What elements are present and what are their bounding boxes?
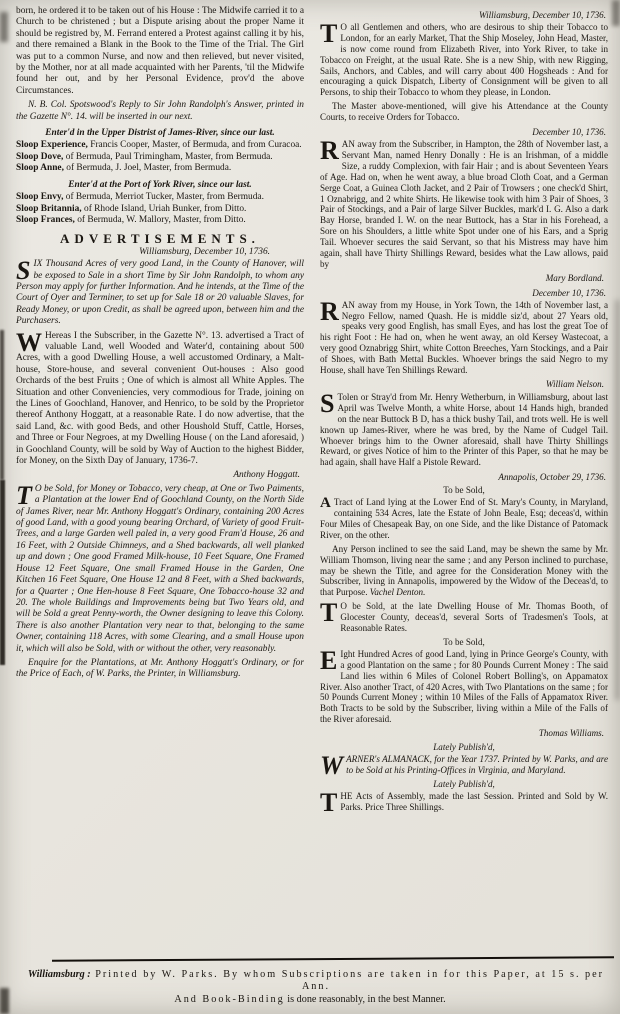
ad-runaway-donally: RAN away from the Subscriber, in Hampton… — [320, 139, 608, 270]
ship-name: Sloop Dove, — [16, 152, 63, 162]
ad-ship-moseley: TO all Gentlemen and others, who are des… — [320, 22, 608, 98]
advertisements-heading: ADVERTISEMENTS. — [16, 233, 304, 244]
dropcap: T — [320, 791, 340, 813]
dateline: Williamsburg, December 10, 1736. — [320, 10, 606, 21]
ad-text: AN away from the Subscriber, in Hampton,… — [320, 139, 608, 269]
entries-james-heading: Enter'd in the Upper Distrist of James-R… — [16, 128, 304, 139]
lately-publishd-heading: Lately Publish'd, — [320, 779, 608, 790]
ad-text: O all Gentlemen and others, who are desi… — [320, 22, 608, 97]
imprint-place: Williamsburg : — [28, 969, 91, 980]
entries-york-heading: Enter'd at the Port of York River, since… — [16, 180, 304, 191]
ship-entry: Sloop Britannia, of Rhode Island, Uriah … — [16, 204, 304, 215]
ship-entry: Sloop Envy, of Bermuda, Merriot Tucker, … — [16, 192, 304, 203]
ad-whereas-subscriber: WHereas I the Subscriber, in the Gazette… — [16, 331, 304, 468]
paragraph-continuation: born, he ordered it to be taken out of h… — [16, 6, 304, 97]
newspaper-page: born, he ordered it to be taken out of h… — [0, 0, 620, 1014]
to-be-sold-heading: To be Sold, — [320, 637, 608, 648]
dateline: December 10, 1736. — [320, 127, 606, 138]
nb-note: N. B. Col. Spotswood's Reply to Sir John… — [16, 100, 304, 123]
ship-name: Sloop Frances, — [16, 215, 75, 225]
imprint-text: is done reasonably, in the best Manner. — [285, 994, 446, 1005]
imprint-line-2: And Book-Binding is done reasonably, in … — [0, 994, 620, 1005]
dropcap: R — [320, 139, 342, 161]
ad-warners-almanack: WARNER's ALMANACK, for the Year 1737. Pr… — [320, 754, 608, 776]
ship-entry: Sloop Experience, Francis Cooper, Master… — [16, 140, 304, 151]
dropcap: T — [320, 601, 340, 623]
signature-williams: Thomas Williams. — [320, 728, 604, 739]
scan-artifact — [0, 480, 5, 665]
ship-name: Sloop Anne, — [16, 163, 64, 173]
right-column: Williamsburg, December 10, 1736. TO all … — [320, 6, 608, 962]
dropcap: E — [320, 649, 340, 671]
ship-entry: Sloop Frances, of Bermuda, W. Mallory, M… — [16, 215, 304, 226]
scan-artifact — [615, 300, 620, 700]
ad-plantation-sale: TO be Sold, for Money or Tobacco, very c… — [16, 484, 304, 655]
ship-name: Sloop Envy, — [16, 192, 63, 202]
ship-detail: of Bermuda, J. Joel, Master, from Bermud… — [64, 163, 231, 173]
ship-detail: of Bermuda, Merriot Tucker, Master, from… — [63, 192, 264, 202]
scan-artifact — [612, 0, 620, 26]
ad-ship-followup: The Master above-mentioned, will give hi… — [320, 101, 608, 123]
ad-six-thousand-acres: SIX Thousand Acres of very good Land, in… — [16, 259, 304, 327]
dateline: Annapolis, October 29, 1736. — [320, 472, 606, 483]
to-be-sold-heading: To be Sold, — [320, 485, 608, 496]
imprint-bookbinding: And Book-Binding — [174, 994, 284, 1005]
ship-entry: Sloop Anne, of Bermuda, J. Joel, Master,… — [16, 163, 304, 174]
enquire-note: Enquire for the Plantations, at Mr. Anth… — [16, 658, 304, 681]
dropcap: S — [320, 392, 337, 414]
signature-hoggatt: Anthony Hoggatt. — [16, 470, 300, 481]
ship-detail: of Rhode Island, Uriah Bunker, from Ditt… — [82, 204, 247, 214]
dropcap: R — [320, 300, 342, 322]
dropcap: S — [16, 259, 33, 281]
ship-entry: Sloop Dove, of Bermuda, Paul Trimingham,… — [16, 152, 304, 163]
ad-stolen-horse: STolen or Stray'd from Mr. Henry Wetherb… — [320, 392, 608, 468]
dateline: Williamsburg, December 10, 1736. — [16, 247, 270, 258]
ship-detail: of Bermuda, W. Mallory, Master, from Dit… — [75, 215, 246, 225]
ad-eight-hundred-acres: EIght Hundred Acres of good Land, lying … — [320, 649, 608, 725]
dateline: December 10, 1736. — [320, 288, 606, 299]
ad-text: Ight Hundred Acres of good Land, lying i… — [320, 649, 608, 724]
ship-name: Sloop Experience, — [16, 140, 88, 150]
ad-tract-maryland: ATract of Land lying at the Lower End of… — [320, 497, 608, 541]
footer-rule — [52, 956, 614, 961]
ad-tract-followup: Any Person inclined to see the said Land… — [320, 544, 608, 599]
signature-bordland: Mary Bordland. — [320, 273, 604, 284]
ship-detail: of Bermuda, Paul Trimingham, Master, fro… — [63, 152, 272, 162]
ad-text: Tolen or Stray'd from Mr. Henry Wetherbu… — [320, 392, 608, 467]
imprint-text: Printed by W. Parks. By whom Subscriptio… — [91, 969, 604, 992]
ad-text: ARNER's ALMANACK, for the Year 1737. Pri… — [346, 754, 608, 775]
ad-text: HE Acts of Assembly, made the last Sessi… — [340, 791, 608, 812]
ad-text: O be Sold, for Money or Tobacco, very ch… — [16, 484, 304, 654]
ad-text: Any Person inclined to see the said Land… — [320, 544, 608, 598]
dropcap: T — [16, 484, 35, 506]
scan-artifact — [0, 330, 4, 480]
scan-artifact — [0, 12, 8, 42]
ad-acts-of-assembly: THE Acts of Assembly, made the last Sess… — [320, 791, 608, 813]
imprint-line-1: Williamsburg : Printed by W. Parks. By w… — [22, 969, 610, 993]
signature-denton: Vachel Denton. — [370, 587, 426, 597]
dropcap: W — [16, 331, 45, 353]
ad-text: O be Sold, at the late Dwelling House of… — [340, 601, 608, 633]
imprint-footer: Williamsburg : Printed by W. Parks. By w… — [0, 958, 620, 1005]
lately-publishd-heading: Lately Publish'd, — [320, 742, 608, 753]
ad-tradesmen-tools: TO be Sold, at the late Dwelling House o… — [320, 601, 608, 634]
left-column: born, he ordered it to be taken out of h… — [16, 6, 304, 958]
dropcap: A — [320, 497, 334, 510]
signature-nelson: William Nelson. — [320, 379, 604, 390]
ad-text: Tract of Land lying at the Lower End of … — [320, 497, 608, 540]
ad-text: Hereas I the Subscriber, in the Gazette … — [16, 331, 304, 466]
ad-text: IX Thousand Acres of very good Land, in … — [16, 259, 304, 326]
ad-text: AN away from my House, in York Town, the… — [320, 300, 608, 375]
ship-name: Sloop Britannia, — [16, 204, 82, 214]
ad-runaway-quash: RAN away from my House, in York Town, th… — [320, 300, 608, 376]
dropcap: T — [320, 22, 340, 44]
dropcap: W — [320, 754, 346, 776]
ship-detail: Francis Cooper, Master, of Bermuda, and … — [88, 140, 302, 150]
